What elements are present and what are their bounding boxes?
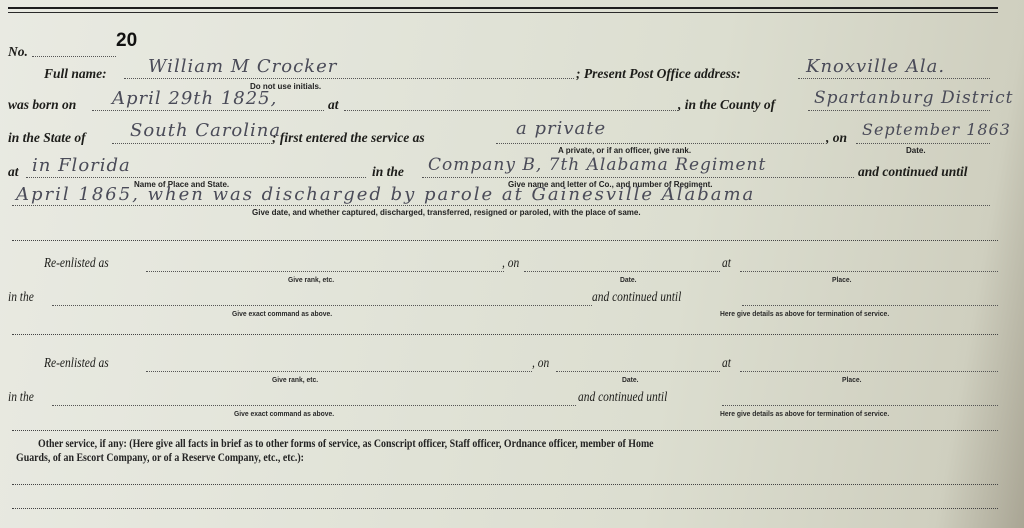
no-label: No. (8, 44, 28, 60)
born-value: April 29th 1825, (112, 88, 277, 109)
other-service-field-1[interactable] (12, 484, 998, 485)
post-office-field[interactable] (798, 78, 990, 79)
reenlist-2-continued-label: and continued until (578, 390, 667, 406)
other-service-field-2[interactable] (12, 508, 998, 509)
state-field[interactable] (112, 143, 272, 144)
reenlist-1-at-label: at (722, 256, 731, 272)
no-value: 20 (116, 30, 137, 52)
no-field[interactable] (32, 56, 116, 57)
state-value: South Carolina (130, 120, 281, 141)
reenlist-1-command-field[interactable] (52, 305, 592, 306)
entered-value: a private (516, 118, 606, 139)
county-field[interactable] (808, 110, 990, 111)
state-label: in the State of (8, 130, 86, 146)
at2-label: at (8, 164, 19, 180)
reenlist-2-termination-field[interactable] (722, 405, 998, 406)
post-office-label: ; Present Post Office address: (576, 66, 741, 82)
county-value: Spartanburg District (814, 88, 1014, 108)
entered-label: ; first entered the service as (272, 130, 425, 146)
reenlist-2-label: Re-enlisted as (44, 356, 109, 372)
reenlist-2-termination-hint: Here give details as above for terminati… (720, 409, 889, 418)
other-service-line1: Other service, if any: (Here give all fa… (38, 438, 654, 450)
until-field[interactable] (12, 205, 990, 206)
on-value: September 1863 (862, 120, 1011, 139)
blank-line[interactable] (12, 430, 998, 431)
reenlist-1-termination-hint: Here give details as above for terminati… (720, 309, 889, 318)
reenlist-1-place-field[interactable] (740, 271, 998, 272)
entered-field[interactable] (496, 143, 824, 144)
reenlist-2-place-hint: Place. (842, 375, 862, 384)
date-hint: Date. (906, 146, 926, 155)
until-value: April 1865, when was discharged by parol… (16, 184, 755, 205)
other-service-line2: Guards, of an Escort Company, or of a Re… (16, 452, 304, 464)
company-field[interactable] (422, 177, 854, 178)
reenlist-1-rank-hint: Give rank, etc. (288, 275, 334, 284)
reenlist-1-rank-field[interactable] (146, 271, 504, 272)
born-label: was born on (8, 97, 76, 113)
continued-label: and continued until (858, 164, 968, 180)
reenlist-1-place-hint: Place. (832, 275, 852, 284)
in-the-label: in the (372, 164, 404, 180)
reenlist-1-continued-label: and continued until (592, 290, 681, 306)
on-label: , on (826, 130, 847, 146)
entered-hint: A private, or if an officer, give rank. (558, 146, 691, 155)
reenlist-2-place-field[interactable] (740, 371, 998, 372)
entered-date-field[interactable] (856, 143, 990, 144)
reenlist-2-command-field[interactable] (52, 405, 576, 406)
reenlist-2-rank-field[interactable] (146, 371, 532, 372)
entered-place-field[interactable] (26, 177, 366, 178)
reenlist-2-command-hint: Give exact command as above. (234, 409, 334, 418)
blank-line[interactable] (12, 240, 998, 241)
top-rule-thin (8, 12, 998, 13)
until-hint: Give date, and whether captured, dischar… (252, 208, 641, 217)
reenlist-1-label: Re-enlisted as (44, 256, 109, 272)
reenlist-1-date-hint: Date. (620, 275, 637, 284)
reenlist-1-on-label: , on (502, 256, 519, 272)
full-name-value: William M Crocker (148, 56, 337, 77)
born-place-field[interactable] (344, 110, 678, 111)
post-office-value: Knoxville Ala. (806, 56, 945, 77)
reenlist-2-in-the-label: in the (8, 390, 34, 406)
reenlist-1-date-field[interactable] (524, 271, 720, 272)
born-field[interactable] (92, 110, 324, 111)
reenlist-1-command-hint: Give exact command as above. (232, 309, 332, 318)
reenlist-2-rank-hint: Give rank, etc. (272, 375, 318, 384)
top-rule (8, 7, 998, 9)
blank-line[interactable] (12, 334, 998, 335)
full-name-field[interactable] (124, 78, 574, 79)
reenlist-2-at-label: at (722, 356, 731, 372)
reenlist-2-on-label: , on (532, 356, 549, 372)
reenlist-1-termination-field[interactable] (742, 305, 998, 306)
reenlist-2-date-field[interactable] (556, 371, 720, 372)
company-value: Company B, 7th Alabama Regiment (428, 155, 766, 175)
county-label: , in the County of (678, 97, 775, 113)
full-name-label: Full name: (44, 66, 107, 82)
at2-value: in Florida (32, 155, 131, 176)
reenlist-1-in-the-label: in the (8, 290, 34, 306)
reenlist-2-date-hint: Date. (622, 375, 639, 384)
at-label: at (328, 97, 339, 113)
